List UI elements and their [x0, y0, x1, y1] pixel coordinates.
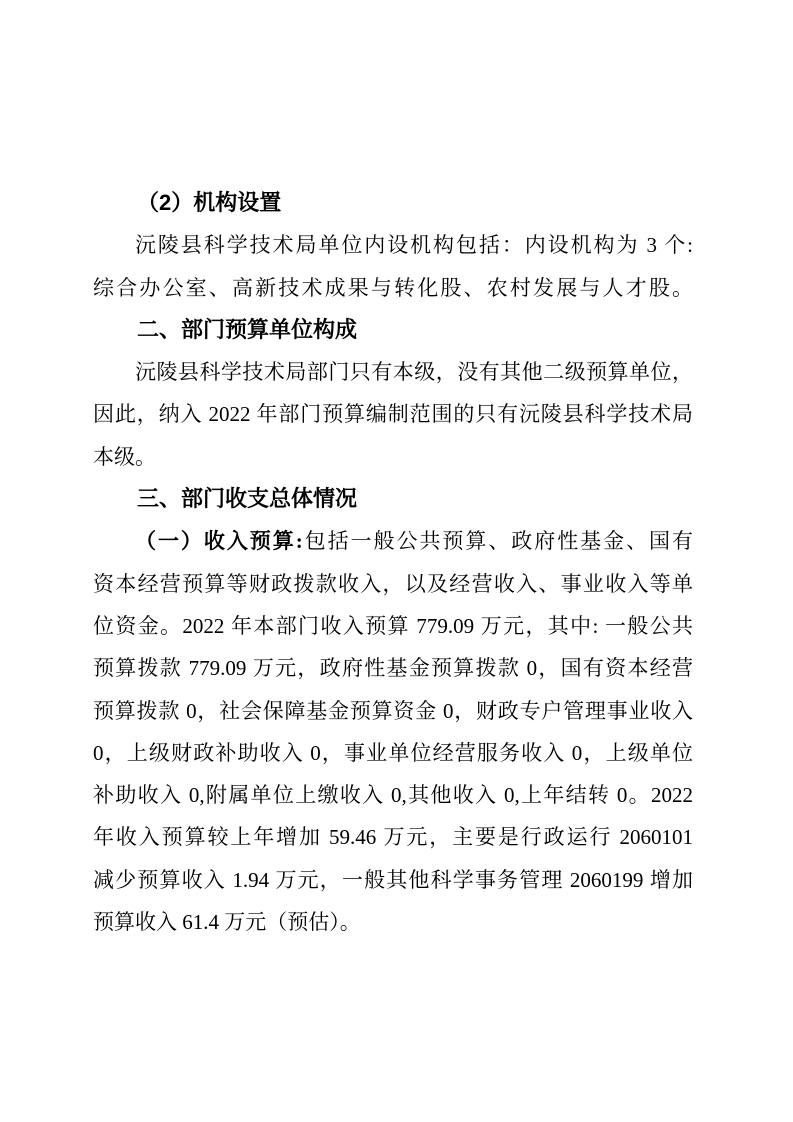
heading-section-2: 二、部门预算单位构成: [93, 309, 693, 351]
income-paragraph-line: 资本经营预算等财政拨款收入，以及经营收入、事业收入等单: [93, 563, 693, 605]
income-paragraph-line: 0，上级财政补助收入 0，事业单位经营服务收入 0，上级单位: [93, 732, 693, 774]
budget-unit-paragraph-line: 沅陵县科学技术局部门只有本级，没有其他二级预算单位，: [93, 351, 693, 393]
budget-unit-paragraph-line: 因此，纳入 2022 年部门预算编制范围的只有沅陵县科学技术局: [93, 393, 693, 435]
income-paragraph-line: 预算拨款 0，社会保障基金预算资金 0，财政专户管理事业收入: [93, 690, 693, 732]
income-paragraph-bold-lead: （一）收入预算:: [135, 529, 303, 553]
document-text-block: （2）机构设置 沅陵县科学技术局单位内设机构包括：内设机构为 3 个: 综合办公…: [93, 182, 693, 943]
income-paragraph-line: 补助收入 0,附属单位上缴收入 0,其他收入 0,上年结转 0。2022: [93, 774, 693, 816]
income-paragraph-line: （一）收入预算:包括一般公共预算、政府性基金、国有: [93, 520, 693, 562]
income-paragraph-line: 预算拨款 779.09 万元，政府性基金预算拨款 0，国有资本经营: [93, 647, 693, 689]
heading-org-setup: （2）机构设置: [93, 182, 693, 224]
document-page: （2）机构设置 沅陵县科学技术局单位内设机构包括：内设机构为 3 个: 综合办公…: [0, 0, 793, 1122]
budget-unit-paragraph-line: 本级。: [93, 436, 693, 478]
org-paragraph-line: 综合办公室、高新技术成果与转化股、农村发展与人才股。: [93, 267, 693, 309]
income-paragraph-line1-rest: 包括一般公共预算、政府性基金、国有: [303, 529, 693, 553]
org-paragraph-line: 沅陵县科学技术局单位内设机构包括：内设机构为 3 个:: [93, 224, 693, 266]
heading-section-3: 三、部门收支总体情况: [93, 478, 693, 520]
income-paragraph-line: 位资金。2022 年本部门收入预算 779.09 万元，其中: 一般公共: [93, 605, 693, 647]
income-paragraph-line: 预算收入 61.4 万元（预估）。: [93, 901, 693, 943]
income-paragraph-line: 年收入预算较上年增加 59.46 万元，主要是行政运行 2060101: [93, 816, 693, 858]
income-paragraph-line: 减少预算收入 1.94 万元，一般其他科学事务管理 2060199 增加: [93, 859, 693, 901]
